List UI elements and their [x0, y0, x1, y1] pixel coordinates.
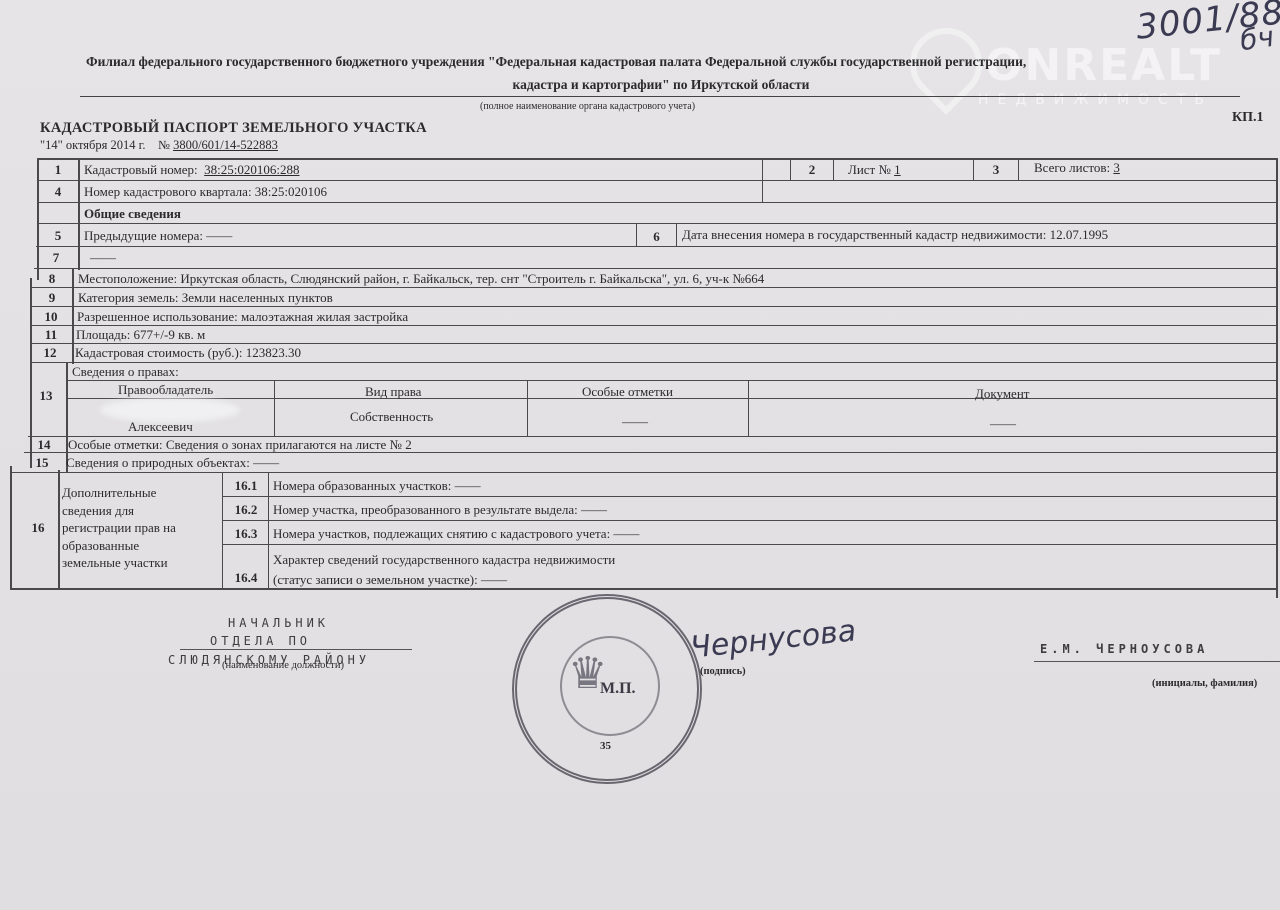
watermark-subtitle: НЕДВИЖИМОСТЬ	[978, 92, 1213, 108]
signature-caption: (подпись)	[700, 666, 746, 677]
rights-header-type: Вид права	[365, 384, 421, 400]
row-number: 7	[36, 250, 76, 266]
rights-holder: Алексеевич	[128, 419, 193, 435]
sheet-number-field: Лист № 1	[848, 162, 901, 178]
name-stamp: Е.М. ЧЕРНОУСОВА	[1040, 642, 1208, 656]
row-number: 13	[28, 388, 64, 404]
table-border	[58, 470, 60, 588]
row-number: 16	[18, 520, 58, 536]
additional-info-label: Дополнительные сведения для регистрации …	[62, 484, 176, 572]
row-number: 15	[22, 455, 62, 471]
parcels-to-remove: Номера участков, подлежащих снятию с кад…	[273, 526, 639, 542]
subrow-number: 16.3	[224, 526, 268, 542]
rights-title: Сведения о правах:	[72, 364, 179, 380]
location: Местоположение: Иркутская область, Слюдя…	[78, 271, 764, 287]
row-number: 6	[637, 229, 676, 245]
row-number: 3	[974, 162, 1018, 178]
cadastral-quarter: Номер кадастрового квартала: 38:25:02010…	[84, 184, 327, 200]
subrow-number: 16.1	[224, 478, 268, 494]
label-line: Дополнительные	[62, 484, 176, 502]
row-number: 8	[32, 271, 72, 287]
organization-name-line1: Филиал федерального государственного бюд…	[86, 54, 1236, 70]
natural-objects: Сведения о природных объектах: ——	[66, 455, 279, 471]
rights-header-document: Документ	[975, 386, 1029, 402]
table-border	[72, 268, 74, 364]
rights-type: Собственность	[350, 409, 433, 425]
record-status-title: Характер сведений государственного кадас…	[273, 552, 615, 568]
cadastral-number-field: Кадастровый номер: 38:25:020106:288	[84, 162, 300, 178]
document-date-line: "14" октября 2014 г. № 3800/601/14-52288…	[40, 138, 278, 153]
land-category: Категория земель: Земли населенных пункт…	[78, 290, 333, 306]
cadastral-value: Кадастровая стоимость (руб.): 123823.30	[75, 345, 301, 361]
section-general-info: Общие сведения	[84, 206, 181, 222]
cadastral-number-value: 38:25:020106:288	[204, 162, 299, 177]
row-number: 1	[38, 162, 78, 178]
document-date: "14" октября 2014 г.	[40, 138, 146, 152]
rights-header-notes: Особые отметки	[582, 384, 673, 400]
row-number: 11	[31, 327, 71, 343]
label-line: сведения для	[62, 502, 176, 520]
row-number: 12	[30, 345, 70, 361]
rights-document: ——	[990, 416, 1016, 432]
divider	[80, 96, 1240, 97]
row-7-value: ——	[90, 250, 116, 266]
special-notes: Особые отметки: Сведения о зонах прилага…	[68, 437, 412, 453]
previous-numbers: Предыдущие номера: ——	[84, 228, 232, 244]
row-number: 9	[32, 290, 72, 306]
subrow-number: 16.2	[224, 502, 268, 518]
formed-parcels: Номера образованных участков: ——	[273, 478, 481, 494]
row-number: 4	[38, 184, 78, 200]
label-line: регистрации прав на	[62, 519, 176, 537]
name-line	[1034, 661, 1280, 662]
table-border	[78, 158, 80, 270]
sheet-number-label: Лист №	[848, 162, 891, 177]
table-border	[10, 466, 12, 588]
row-number: 5	[38, 228, 78, 244]
total-sheets-value: 3	[1113, 160, 1120, 175]
total-sheets-label: Всего листов:	[1034, 160, 1110, 175]
label-line: образованные	[62, 537, 176, 555]
signature-line	[180, 649, 412, 650]
name-caption: (инициалы, фамилия)	[1152, 678, 1257, 689]
label-line: земельные участки	[62, 554, 176, 572]
row-number: 2	[791, 162, 833, 178]
form-code: КП.1	[1232, 110, 1264, 126]
transformed-parcel: Номер участка, преобразованного в резуль…	[273, 502, 607, 518]
position-stamp-line1: НАЧАЛЬНИК	[228, 616, 329, 630]
row-number: 14	[26, 437, 62, 453]
position-caption: (наименование должности)	[222, 660, 344, 671]
table-border	[1276, 158, 1278, 598]
total-sheets-field: Всего листов: 3	[1034, 160, 1120, 176]
document-title: КАДАСТРОВЫЙ ПАСПОРТ ЗЕМЕЛЬНОГО УЧАСТКА	[40, 120, 427, 137]
seal-label: М.П.	[600, 680, 636, 698]
record-status: (статус записи о земельном участке): ——	[273, 572, 507, 588]
rights-notes: ——	[622, 414, 648, 430]
organization-name-line2: кадастра и картографии" по Иркутской обл…	[86, 77, 1236, 93]
registration-date: Дата внесения номера в государственный к…	[682, 227, 1108, 243]
document-number: 3800/601/14-522883	[173, 138, 278, 152]
row-number: 10	[31, 309, 71, 325]
seal-number: 35	[600, 740, 611, 752]
cadastral-number-label: Кадастровый номер:	[84, 162, 198, 177]
permitted-use: Разрешенное использование: малоэтажная ж…	[77, 309, 408, 325]
rights-header-holder: Правообладатель	[118, 382, 213, 398]
document-number-prefix: №	[158, 138, 170, 152]
handwritten-note-2: бч	[1238, 20, 1276, 57]
organization-caption: (полное наименование органа кадастрового…	[480, 101, 695, 112]
area: Площадь: 677+/-9 кв. м	[76, 327, 205, 343]
signature: Чернусова	[689, 613, 858, 665]
position-stamp-line2: ОТДЕЛА ПО	[210, 634, 311, 648]
subrow-number: 16.4	[224, 570, 268, 586]
sheet-number-value: 1	[894, 162, 901, 177]
